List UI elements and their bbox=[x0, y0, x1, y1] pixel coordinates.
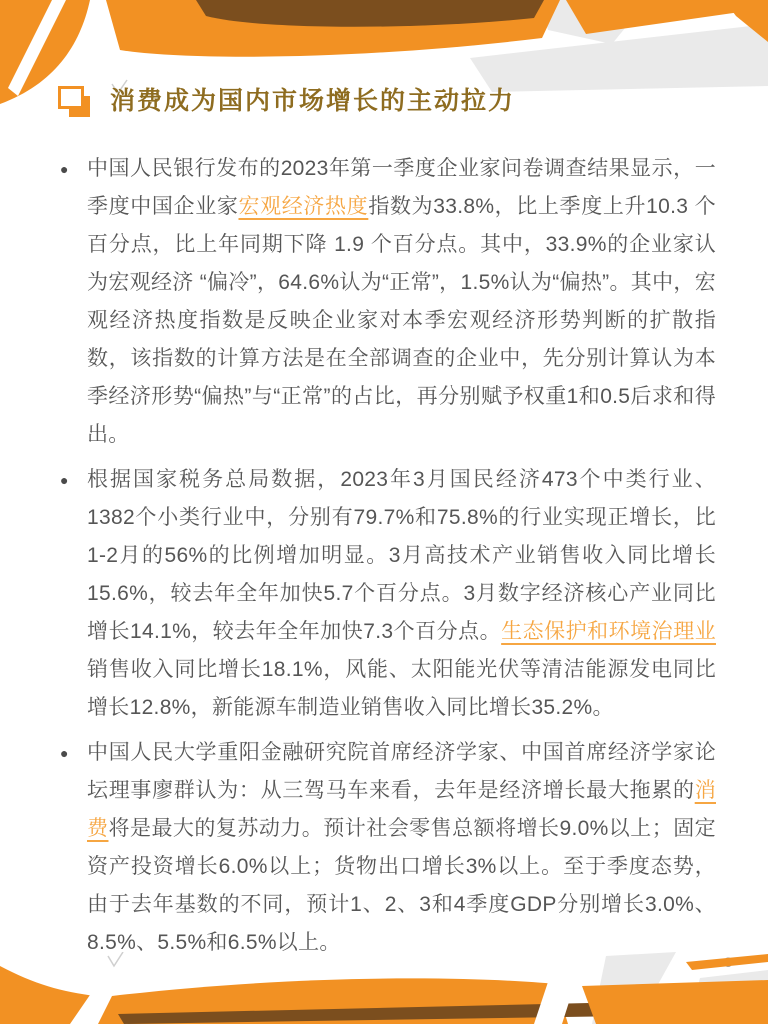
bullet-icon: ● bbox=[60, 734, 87, 962]
text-segment: 中国人民大学重阳金融研究院首席经济学家、中国首席经济学家论坛理事廖群认为：从三驾… bbox=[87, 741, 716, 802]
paragraph-text: 中国人民大学重阳金融研究院首席经济学家、中国首席经济学家论坛理事廖群认为：从三驾… bbox=[87, 734, 716, 962]
bullet-list: ●中国人民银行发布的2023年第一季度企业家问卷调查结果显示，一季度中国企业家宏… bbox=[60, 150, 716, 962]
bullet-icon: ● bbox=[60, 150, 87, 454]
text-segment: 销售收入同比增长18.1%，风能、太阳能光伏等清洁能源发电同比增长12.8%，新… bbox=[87, 658, 716, 719]
paragraph-text: 根据国家税务总局数据，2023年3月国民经济473个中类行业、1382个小类行业… bbox=[87, 461, 716, 727]
text-segment: 根据国家税务总局数据，2023年3月国民经济473个中类行业、1382个小类行业… bbox=[87, 468, 716, 643]
text-segment: 将是最大的复苏动力。预计社会零售总额将增长9.0%以上；固定资产投资增长6.0%… bbox=[87, 817, 716, 954]
highlighted-term: 生态保护和环境治理业 bbox=[501, 620, 716, 643]
highlighted-term: 宏观经济热度 bbox=[238, 195, 368, 218]
overlapping-squares-icon bbox=[58, 86, 92, 120]
list-item: ●中国人民银行发布的2023年第一季度企业家问卷调查结果显示，一季度中国企业家宏… bbox=[60, 150, 716, 454]
list-item: ●中国人民大学重阳金融研究院首席经济学家、中国首席经济学家论坛理事廖群认为：从三… bbox=[60, 734, 716, 962]
bullet-icon: ● bbox=[60, 461, 87, 727]
paragraph-text: 中国人民银行发布的2023年第一季度企业家问卷调查结果显示，一季度中国企业家宏观… bbox=[87, 150, 716, 454]
main-content: ●中国人民银行发布的2023年第一季度企业家问卷调查结果显示，一季度中国企业家宏… bbox=[60, 150, 716, 969]
text-segment: 指数为33.8%，比上季度上升10.3 个百分点，比上年同期下降 1.9 个百分… bbox=[87, 195, 716, 446]
section-header: 消费成为国内市场增长的主动拉力 bbox=[58, 84, 515, 120]
page-title: 消费成为国内市场增长的主动拉力 bbox=[110, 84, 515, 118]
list-item: ●根据国家税务总局数据，2023年3月国民经济473个中类行业、1382个小类行… bbox=[60, 461, 716, 727]
bottom-decoration bbox=[0, 952, 768, 1024]
